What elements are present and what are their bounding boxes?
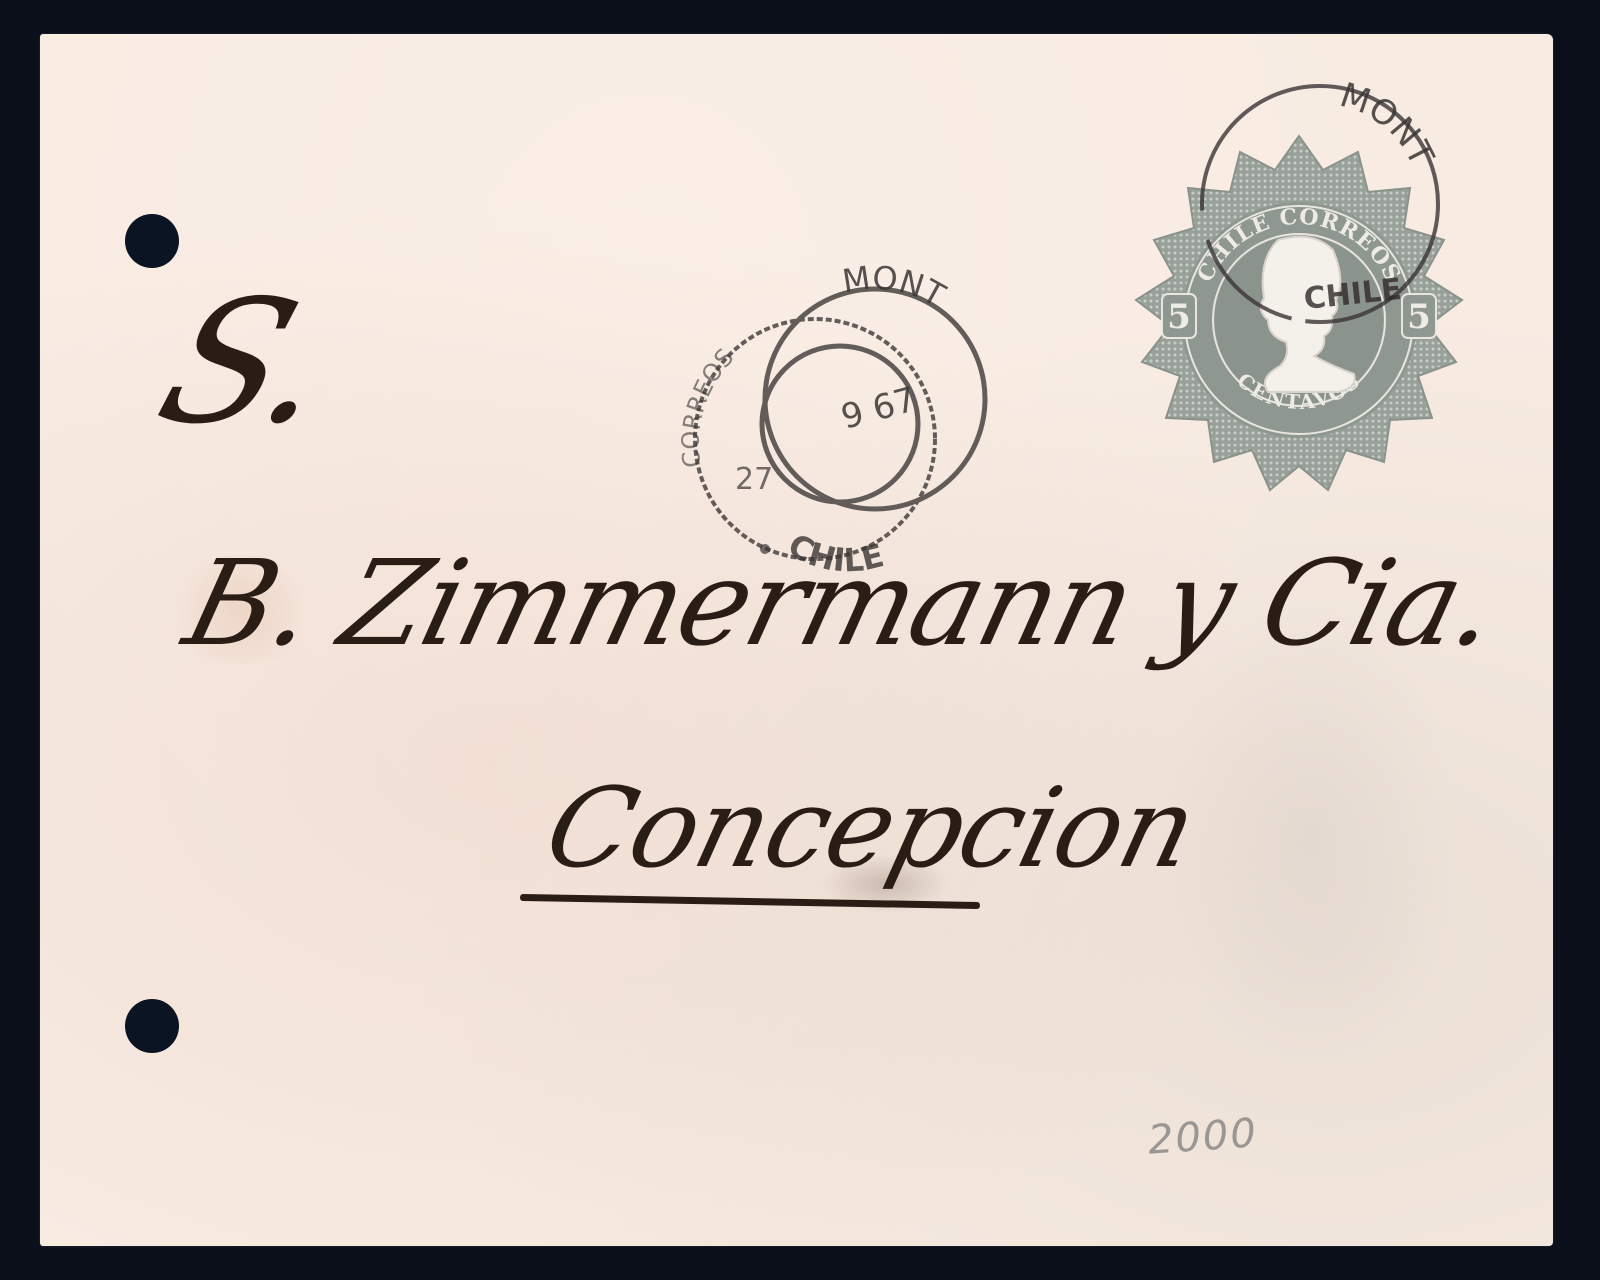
address-city: Concepcion [534, 764, 1208, 892]
punch-hole [125, 999, 179, 1053]
svg-text:CHILE: CHILE [1302, 272, 1403, 317]
svg-text:MONT: MONT [840, 258, 952, 314]
svg-text:MONT: MONT [1335, 75, 1441, 172]
city-underline [520, 894, 980, 909]
svg-text:CORREOS: CORREOS [677, 343, 740, 469]
postmark-on-stamp: MONT CHILE [1190, 74, 1450, 334]
pencil-price-note: 2000 [1147, 1110, 1260, 1164]
svg-text:9 67: 9 67 [837, 379, 920, 437]
svg-text:27: 27 [735, 462, 773, 497]
address-salutation: S. [138, 264, 351, 462]
address-recipient: B. Zimmermann y Cia. [173, 534, 1511, 672]
stamp-value-left: 5 [1167, 297, 1191, 337]
punch-hole [125, 214, 179, 268]
envelope: CHILE CORREOS CENTAVOS 5 5 MONT CHILE [40, 34, 1553, 1246]
